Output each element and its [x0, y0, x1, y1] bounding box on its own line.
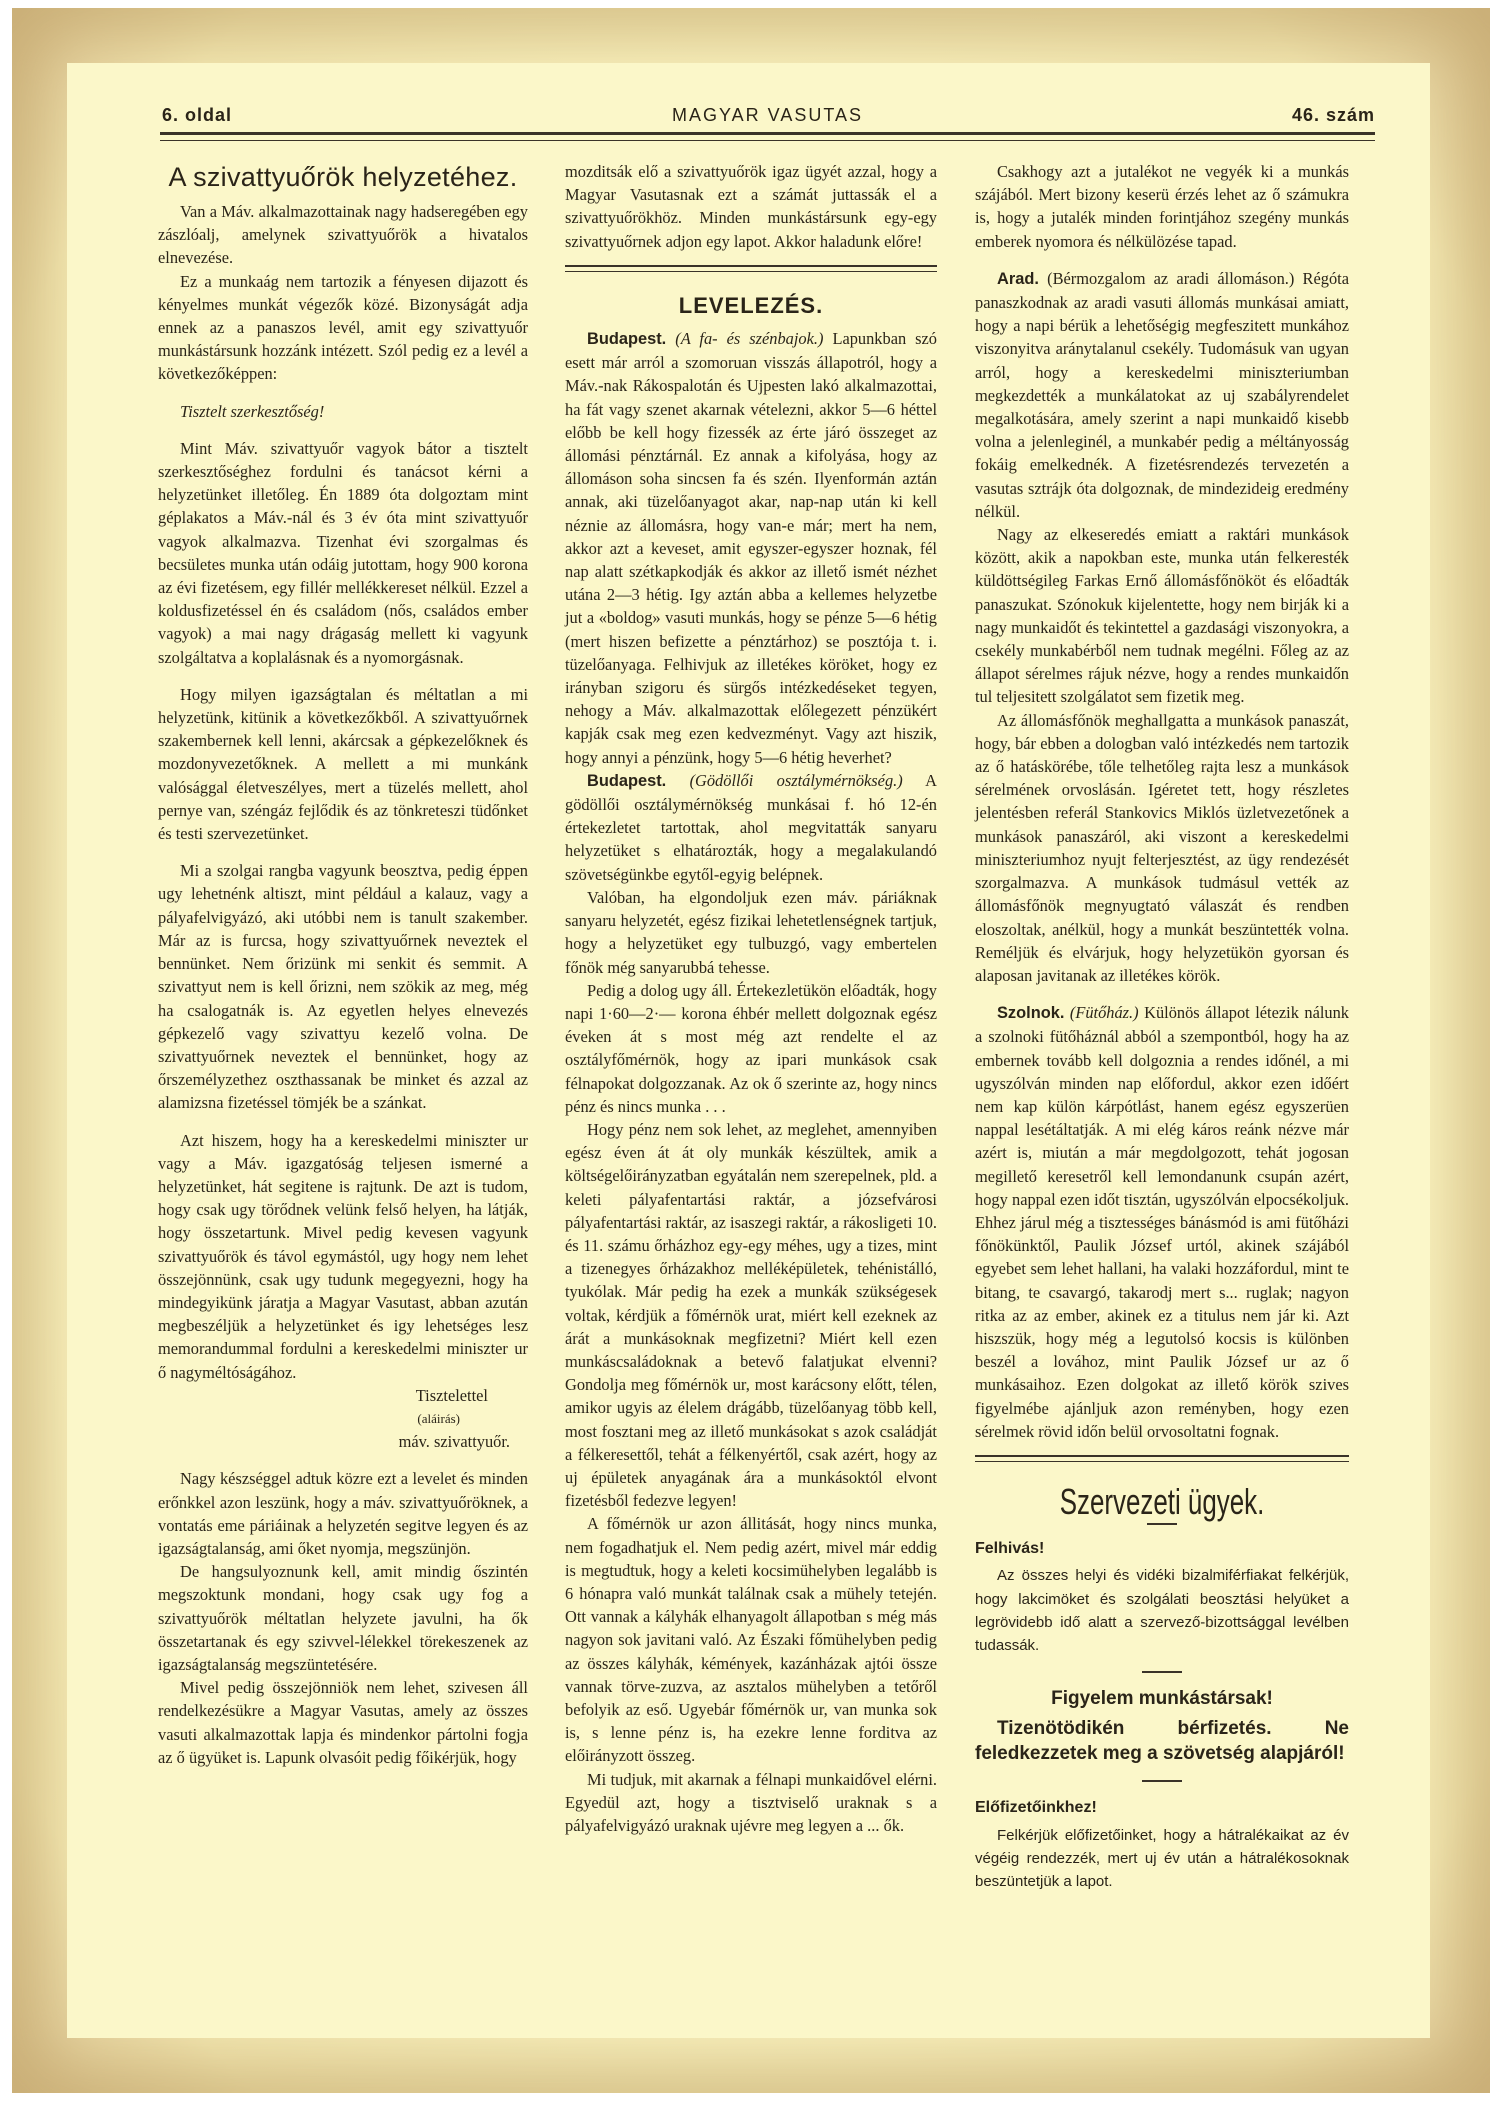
paragraph: Csakhogy azt a jutalékot ne vegyék ki a … — [975, 160, 1349, 253]
paragraph: A főmérnök ur azon állitását, hogy nincs… — [565, 1512, 937, 1767]
divider-dash — [1142, 1671, 1182, 1673]
masthead-title: MAGYAR VASUTAS — [160, 105, 1375, 126]
paragraph: Hogy milyen igazságtalan és méltatlan a … — [158, 683, 528, 845]
elofizetok-text: Felkérjük előfizetőinket, hogy a hátralé… — [975, 1824, 1349, 1894]
divider-dash — [1147, 1523, 1177, 1525]
paragraph: Nagy készséggel adtuk közre ezt a levele… — [158, 1467, 528, 1560]
letter-arad: Arad. (Bérmozgalom az aradi állomáson.) … — [975, 267, 1349, 523]
section-divider — [975, 1455, 1349, 1462]
signature-name: máv. szivattyuőr. — [158, 1430, 528, 1453]
paragraph: Az állomásfőnök meghallgatta a munkások … — [975, 709, 1349, 987]
figyelem-heading: Figyelem munkástársak! — [975, 1687, 1349, 1710]
divider-dash — [1142, 1780, 1182, 1782]
column-3: Csakhogy azt a jutalékot ne vegyék ki a … — [975, 160, 1349, 1893]
signature-note: (aláirás) — [158, 1407, 528, 1430]
paragraph: De hangsulyoznunk kell, amit mindig őszi… — [158, 1560, 528, 1676]
felhivas-text: Az összes helyi és vidéki bizalmiférfiak… — [975, 1564, 1349, 1657]
paragraph: Valóban, ha elgondoljuk ezen máv. páriák… — [565, 886, 937, 979]
paragraph: Pedig a dolog ugy áll. Értekezletükön el… — [565, 979, 937, 1118]
paragraph: Nagy az elkeseredés emiatt a raktári mun… — [975, 523, 1349, 709]
section-title-szervezeti: Szervezeti ügyek. — [1027, 1490, 1296, 1513]
signature-closing: Tisztelettel — [158, 1384, 528, 1407]
letter-budapest-1: Budapest. (A fa- és szénbajok.) Lapunkba… — [565, 327, 937, 769]
felhivas-heading: Felhivás! — [975, 1537, 1349, 1560]
header-rule — [160, 132, 1375, 141]
paragraph: Mint Máv. szivattyuőr vagyok bátor a tis… — [158, 437, 528, 669]
paragraph: Azt hiszem, hogy ha a kereskedelmi minis… — [158, 1129, 528, 1384]
section-title-levelezes: LEVELEZÉS. — [565, 294, 937, 317]
paragraph: mozditsák elő a szivattyuőrök igaz ügyét… — [565, 160, 937, 253]
paragraph: Mi tudjuk, mit akarnak a félnapi munkaid… — [565, 1768, 937, 1838]
paragraph: Mi a szolgai rangba vagyunk beosztva, pe… — [158, 859, 528, 1114]
article-title: A szivattyuőrök helyzetéhez. — [158, 160, 528, 194]
paragraph: Hogy pénz nem sok lehet, az meglehet, am… — [565, 1118, 937, 1512]
elofizetok-heading: Előfizetőinkhez! — [975, 1796, 1349, 1819]
issue-number: 46. szám — [1292, 105, 1375, 126]
paragraph: Mivel pedig összejönniök nem lehet, sziv… — [158, 1676, 528, 1769]
figyelem-text: Tizenötödikén bérfizetés. Ne feledkezzet… — [975, 1716, 1349, 1766]
paragraph: Ez a munkaág nem tartozik a fényesen dij… — [158, 270, 528, 386]
column-1: A szivattyuőrök helyzetéhez. Van a Máv. … — [158, 160, 528, 1769]
letter-salutation: Tisztelt szerkesztőség! — [158, 400, 528, 423]
letter-szolnok: Szolnok. (Fütőház.) Különös állapot léte… — [975, 1001, 1349, 1443]
letter-budapest-2: Budapest. (Gödöllői osztálymérnökség.) A… — [565, 769, 937, 886]
section-divider — [565, 265, 937, 272]
page-header: 6. oldal MAGYAR VASUTAS 46. szám — [160, 105, 1375, 129]
paragraph: Van a Máv. alkalmazottainak nagy hadsere… — [158, 200, 528, 270]
column-2: mozditsák elő a szivattyuőrök igaz ügyét… — [565, 160, 937, 1837]
